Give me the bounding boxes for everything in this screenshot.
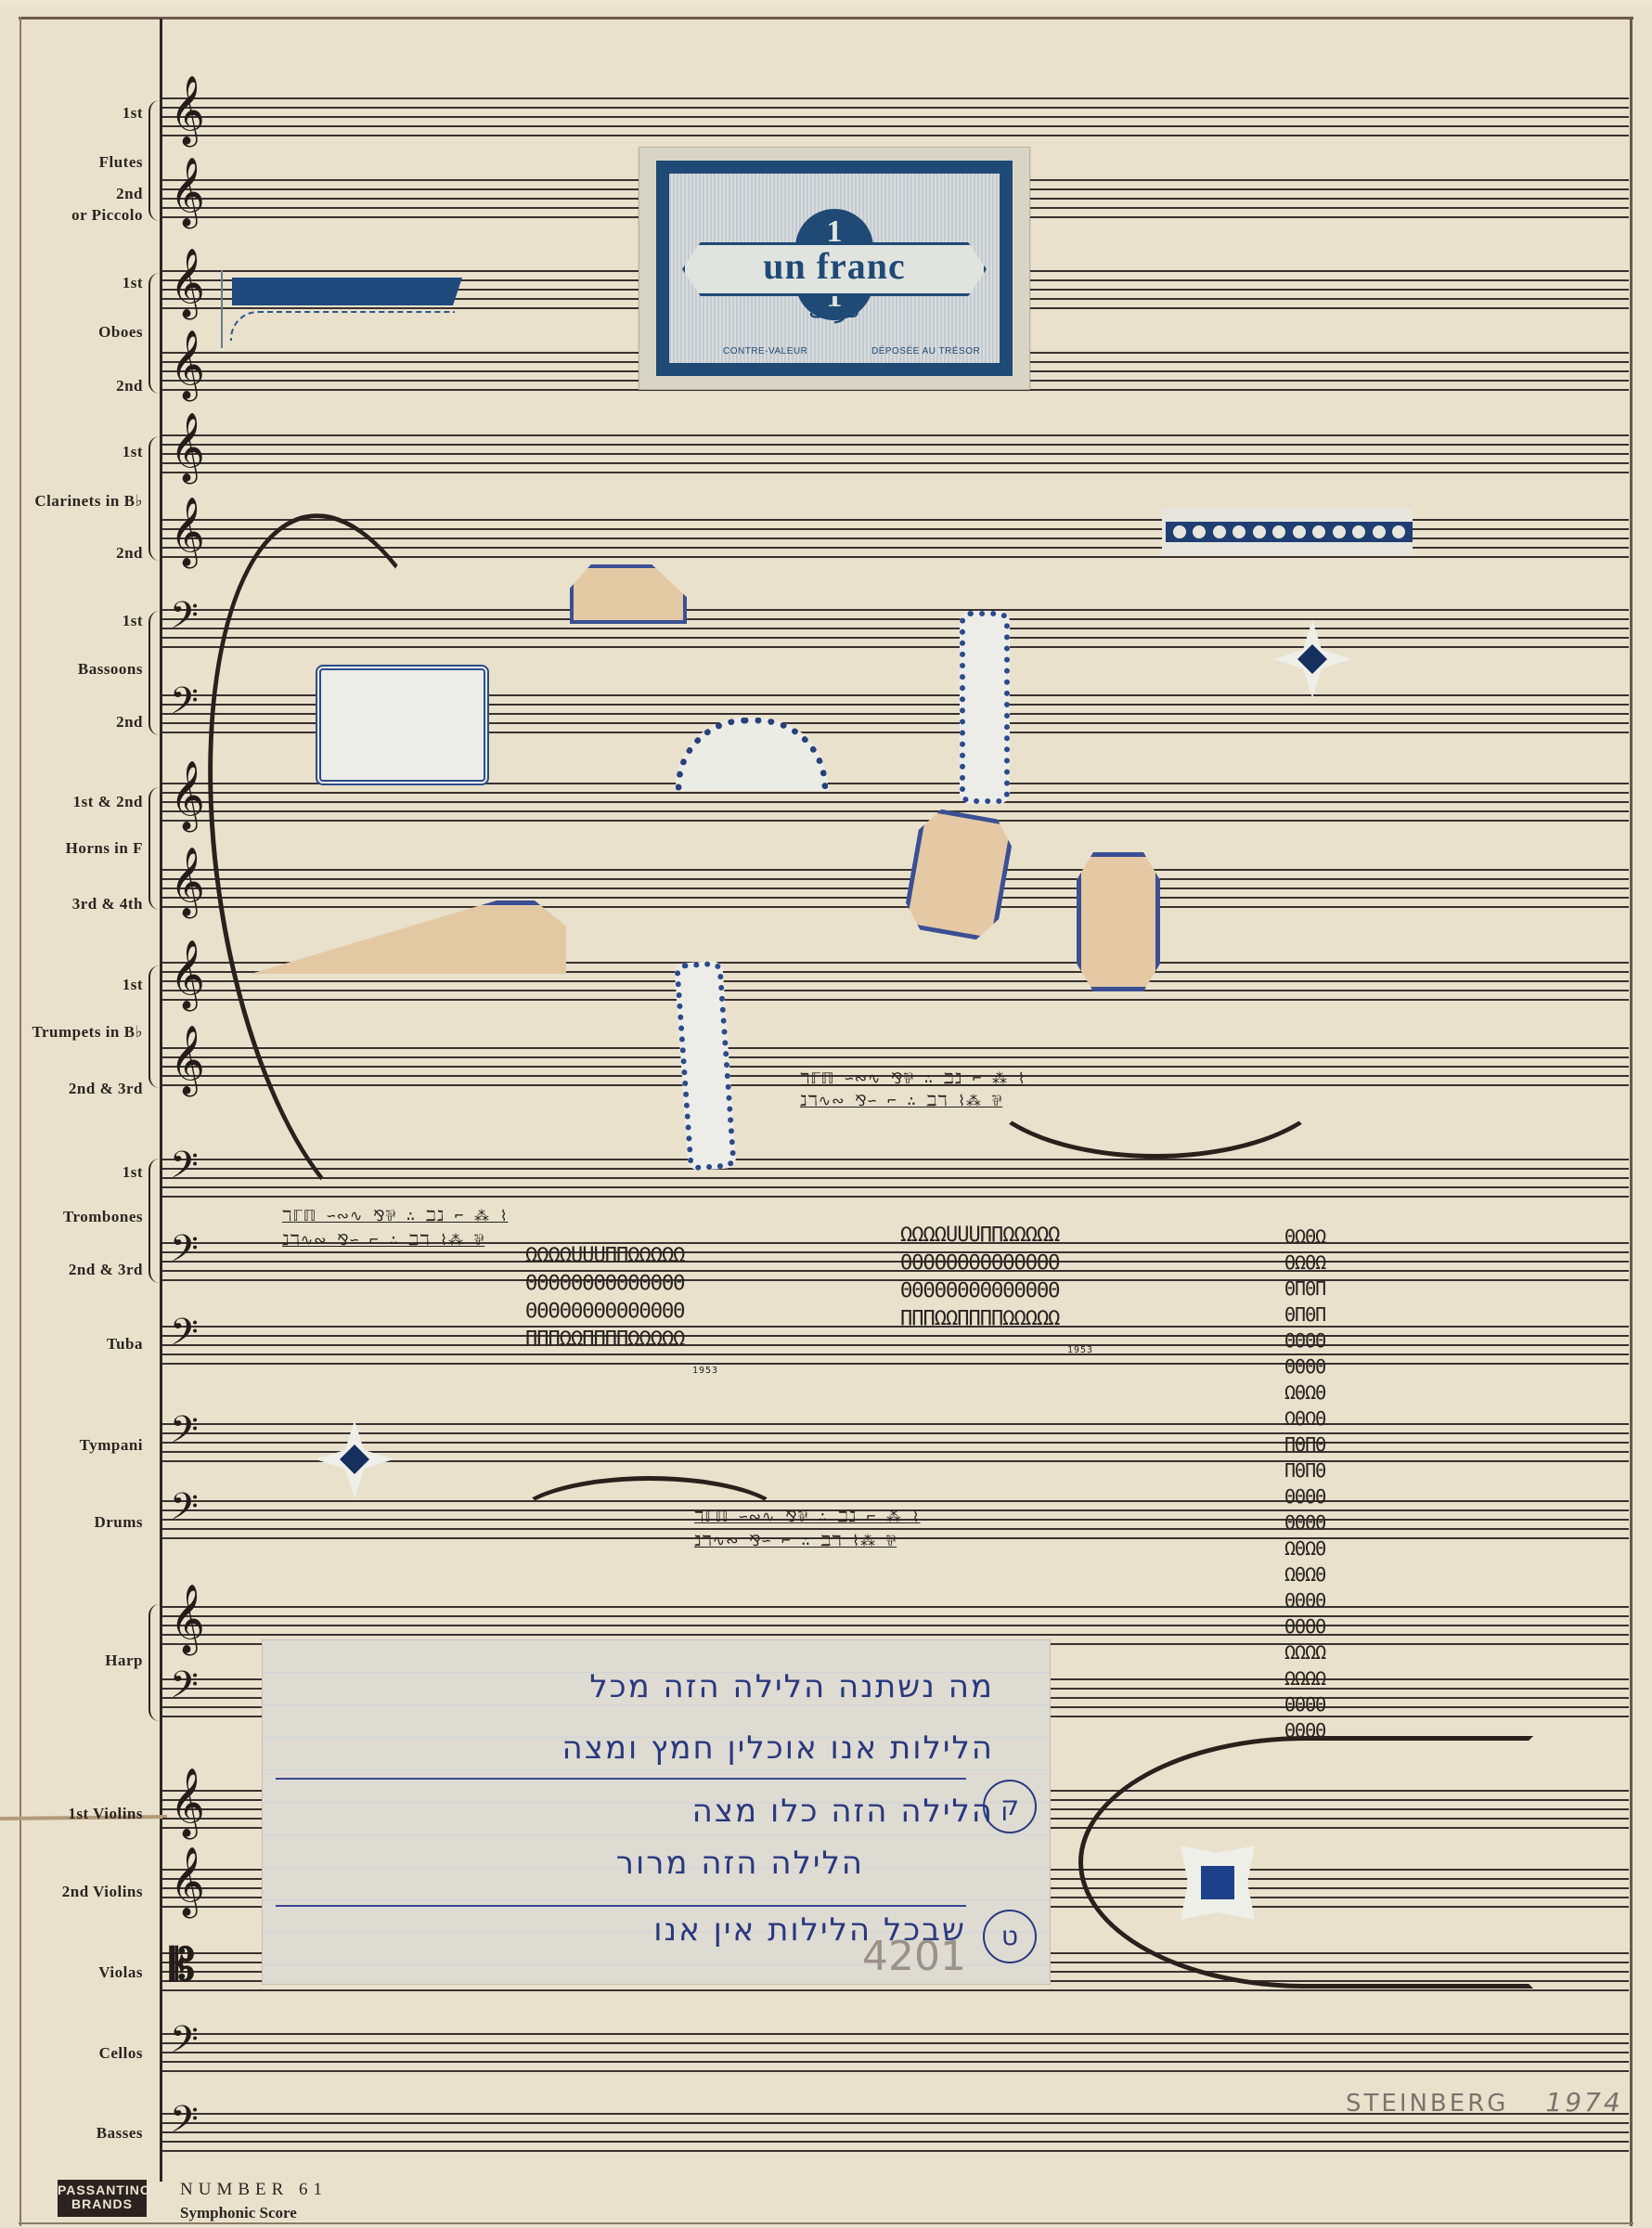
- note-circle-mark-2: ט: [983, 1910, 1037, 1963]
- diamond-icon: [1297, 644, 1327, 674]
- brace-clarinets: [148, 436, 160, 561]
- treble-clef-icon: 𝄞: [170, 852, 205, 912]
- crayon-arc-clarinets: [166, 494, 552, 1251]
- banknote-caption-left: CONTRE-VALEUR: [723, 346, 807, 356]
- label-basses: Basses: [97, 2124, 143, 2143]
- treble-clef-icon: 𝄞: [170, 418, 205, 477]
- banknote-arabic-text: فرنك: [639, 296, 1029, 324]
- label-oboe-1: 1st: [123, 274, 143, 292]
- label-horns: Horns in F: [66, 839, 143, 858]
- dotted-border-strip: [1162, 509, 1413, 555]
- staff-flute-1: 𝄞: [162, 97, 1629, 138]
- star-diamond-bassoon: [1273, 620, 1351, 698]
- dental-chart-stamp-vertical: ΘΩΘΩ ΘΩΘΩ ΘΠΘΠ ΘΠΘΠ ΘΘΘΘ ΘΘΘΘ ΩΘΩΘ ΩΘΩΘ …: [1284, 1224, 1325, 1743]
- staff-cellos: 𝄢: [162, 2033, 1629, 2074]
- tan-pentagon-label: [570, 564, 687, 624]
- label-oboe-2: 2nd: [116, 377, 143, 395]
- label-bassoon-1: 1st: [123, 612, 143, 630]
- border-left: [19, 17, 21, 2226]
- diamond-icon: [340, 1444, 369, 1474]
- label-drums: Drums: [94, 1513, 143, 1532]
- label-trombones: Trombones: [63, 1208, 143, 1226]
- staff-basses: 𝄢: [162, 2113, 1629, 2154]
- bass-clef-icon: 𝄢: [170, 683, 199, 728]
- border-top: [19, 17, 1633, 19]
- note-rule-1: [276, 1778, 966, 1780]
- stamp-script-drums-1: ℸℾℿ ∽∾∿ ⅋⅌ ∴ ℶℷ ⌐ ⁂ ⌇: [694, 1506, 921, 1526]
- note-line-2: הלילות אנו אוכלין חמץ ומצה: [562, 1729, 994, 1767]
- label-horn-12: 1st & 2nd: [73, 793, 143, 811]
- bass-clef-icon: 𝄢: [170, 1147, 199, 1192]
- bass-clef-icon: 𝄢: [170, 1489, 199, 1534]
- label-clarinets: Clarinets in B♭: [34, 492, 143, 511]
- system-barline: [160, 19, 162, 2182]
- label-cellos: Cellos: [99, 2044, 143, 2063]
- dental-chart-stamp-2: ΩΩΩΩUUUΠΠΩΩΩΩΩ ΘΘΘΘΘΘΘΘΘΘΘΘΘΘ ΘΘΘΘΘΘΘΘΘΘ…: [900, 1222, 1093, 1361]
- brace-harp: [148, 1604, 160, 1721]
- label-trombone-1: 1st: [123, 1163, 143, 1182]
- note-line-1: מה נשתנה הלילה הזה מכל: [589, 1668, 994, 1705]
- treble-clef-icon: 𝄞: [170, 766, 205, 825]
- bass-clef-icon: 𝄢: [170, 1667, 199, 1712]
- artist-signature: STEINBERG1974: [1346, 2087, 1623, 2118]
- brace-trumpets: [148, 965, 160, 1088]
- label-tympani: Tympani: [80, 1436, 143, 1455]
- label-trumpet-1: 1st: [123, 976, 143, 994]
- stamp-script-trombones-2: ℷℸ∿∾ ⅋∽ ⌐ ∴ ℶℸ ⌇⁂ ⅌: [282, 1229, 484, 1250]
- treble-clef-icon: 𝄞: [170, 1589, 205, 1649]
- label-bassoon-2: 2nd: [116, 713, 143, 732]
- border-bottom: [19, 2222, 1633, 2224]
- label-violins-1: 1st Violins: [68, 1805, 143, 1823]
- signature-year: 1974: [1545, 2087, 1622, 2118]
- label-horn-34: 3rd & 4th: [72, 895, 143, 913]
- hebrew-note-card: מה נשתנה הלילה הזה מכל הלילות אנו אוכלין…: [262, 1639, 1051, 1985]
- blue-corner-fragment: [221, 270, 464, 348]
- crayon-arc-trumpets: [974, 991, 1336, 1159]
- passantino-brands-logo: PASSANTINO BRANDS: [58, 2180, 147, 2217]
- alto-clef-icon: 𝄡: [170, 1943, 195, 1988]
- label-clarinet-2: 2nd: [116, 544, 143, 563]
- treble-clef-icon: 𝄞: [170, 945, 205, 1004]
- label-violas: Violas: [98, 1963, 143, 1982]
- note-line-3: הלילה הזה כלו מצה: [692, 1793, 994, 1830]
- bass-clef-icon: 𝄢: [170, 598, 199, 642]
- banknote-title: un franc: [639, 244, 1029, 288]
- border-right: [1630, 17, 1633, 2226]
- logo-line-1: PASSANTINO: [58, 2183, 147, 2197]
- staff-tuba: 𝄢: [162, 1326, 1629, 1367]
- brace-bassoons: [148, 611, 160, 735]
- brace-flutes: [148, 100, 160, 221]
- star-diamond-tympani: [316, 1420, 394, 1498]
- dental-chart-stamp-1: ΩΩΩΩUUUΠΠΩΩΩΩΩ ΘΘΘΘΘΘΘΘΘΘΘΘΘΘ ΘΘΘΘΘΘΘΘΘΘ…: [525, 1242, 718, 1381]
- treble-clef-icon: 𝄞: [170, 502, 205, 562]
- crayon-arc-violins: [1078, 1736, 1533, 1988]
- score-subtitle: Symphonic Score: [180, 2204, 297, 2222]
- note-rule-2: [276, 1905, 966, 1907]
- score-number: NUMBER 61: [180, 2180, 328, 2200]
- stamp-script-trombones-1: ℸℾℿ ∽∾∿ ⅋⅌ ∴ ℶℷ ⌐ ⁂ ⌇: [282, 1205, 509, 1225]
- signature-name: STEINBERG: [1346, 2090, 1508, 2118]
- bass-clef-icon: 𝄢: [170, 1412, 199, 1457]
- label-flute-1: 1st: [123, 104, 143, 123]
- note-line-4: הלילה הזה מרור: [616, 1845, 864, 1882]
- label-oboes: Oboes: [98, 323, 143, 342]
- brace-horns: [148, 787, 160, 910]
- bass-clef-icon: 𝄢: [170, 1315, 199, 1359]
- stamp-script-trumpets-1: ℸℾℿ ∽∾∿ ⅋⅌ ∴ ℶℷ ⌐ ⁂ ⌇: [800, 1068, 1026, 1088]
- staff-clarinet-1: 𝄞: [162, 434, 1629, 475]
- tan-octagon-label-a: [901, 806, 1015, 943]
- label-flutes: Flutes: [99, 153, 143, 172]
- brace-trombones: [148, 1159, 160, 1283]
- blue-corner-dash: [230, 311, 455, 341]
- bass-clef-icon: 𝄢: [170, 2022, 199, 2066]
- treble-clef-icon: 𝄞: [170, 335, 205, 395]
- brace-oboes: [148, 273, 160, 394]
- bass-clef-icon: 𝄢: [170, 2102, 199, 2146]
- blue-corner-fill: [232, 278, 462, 305]
- stamp-script-drums-2: ℷℸ∿∾ ⅋∽ ⌐ ∴ ℶℸ ⌇⁂ ⅌: [694, 1530, 897, 1550]
- treble-clef-icon: 𝄞: [170, 81, 205, 140]
- logo-line-2: BRANDS: [58, 2197, 147, 2211]
- tan-octagon-label-b: [1077, 852, 1160, 991]
- treble-clef-icon: 𝄞: [170, 1773, 205, 1833]
- pencil-number: 4201: [862, 1933, 966, 1980]
- label-trumpet-23: 2nd & 3rd: [69, 1080, 143, 1098]
- treble-clef-icon: 𝄞: [170, 253, 205, 313]
- dot-strip-bar: [1166, 522, 1413, 542]
- tall-dotted-label: [960, 611, 1010, 804]
- label-bassoons: Bassoons: [78, 660, 143, 679]
- treble-clef-icon: 𝄞: [170, 1030, 205, 1090]
- stamp-script-trumpets-2: ℷℸ∿∾ ⅋∽ ⌐ ∴ ℶℸ ⌇⁂ ⅌: [800, 1090, 1002, 1110]
- score-sheet: 𝄞 𝄞 𝄞 𝄞 𝄞 𝄞 𝄢 𝄢 𝄞 𝄞 𝄞 𝄞 𝄢 𝄢 𝄢 𝄢 𝄢 𝄞 𝄢 𝄞 …: [0, 7, 1652, 2228]
- bass-clef-icon: 𝄢: [170, 1231, 199, 1276]
- label-clarinet-1: 1st: [123, 443, 143, 461]
- label-harp: Harp: [105, 1652, 143, 1670]
- label-piccolo: or Piccolo: [71, 206, 143, 225]
- treble-clef-icon: 𝄞: [170, 1852, 205, 1911]
- label-trombone-23: 2nd & 3rd: [69, 1261, 143, 1279]
- label-trumpets: Trumpets in B♭: [32, 1023, 143, 1042]
- treble-clef-icon: 𝄞: [170, 162, 205, 222]
- label-tuba: Tuba: [107, 1335, 143, 1354]
- banknote-caption-right: DÉPOSÉE AU TRÉSOR: [871, 346, 980, 356]
- label-flute-2: 2nd: [116, 185, 143, 203]
- banknote-un-franc: 1 1 un franc فرنك CONTRE-VALEUR DÉPOSÉE …: [639, 147, 1030, 390]
- label-violins-2: 2nd Violins: [62, 1883, 143, 1901]
